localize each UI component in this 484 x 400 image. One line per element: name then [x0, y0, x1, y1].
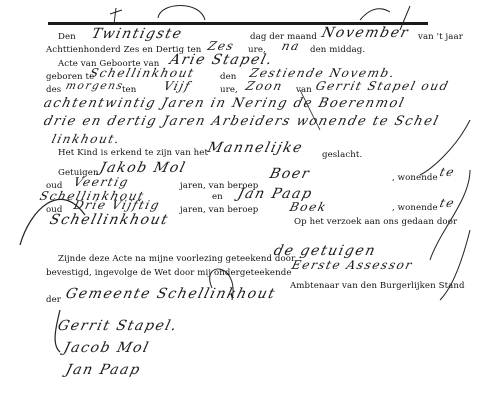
flourish-strokes [0, 0, 484, 400]
birth-certificate-page: Den Twintigste dag der maand November va… [0, 0, 484, 400]
